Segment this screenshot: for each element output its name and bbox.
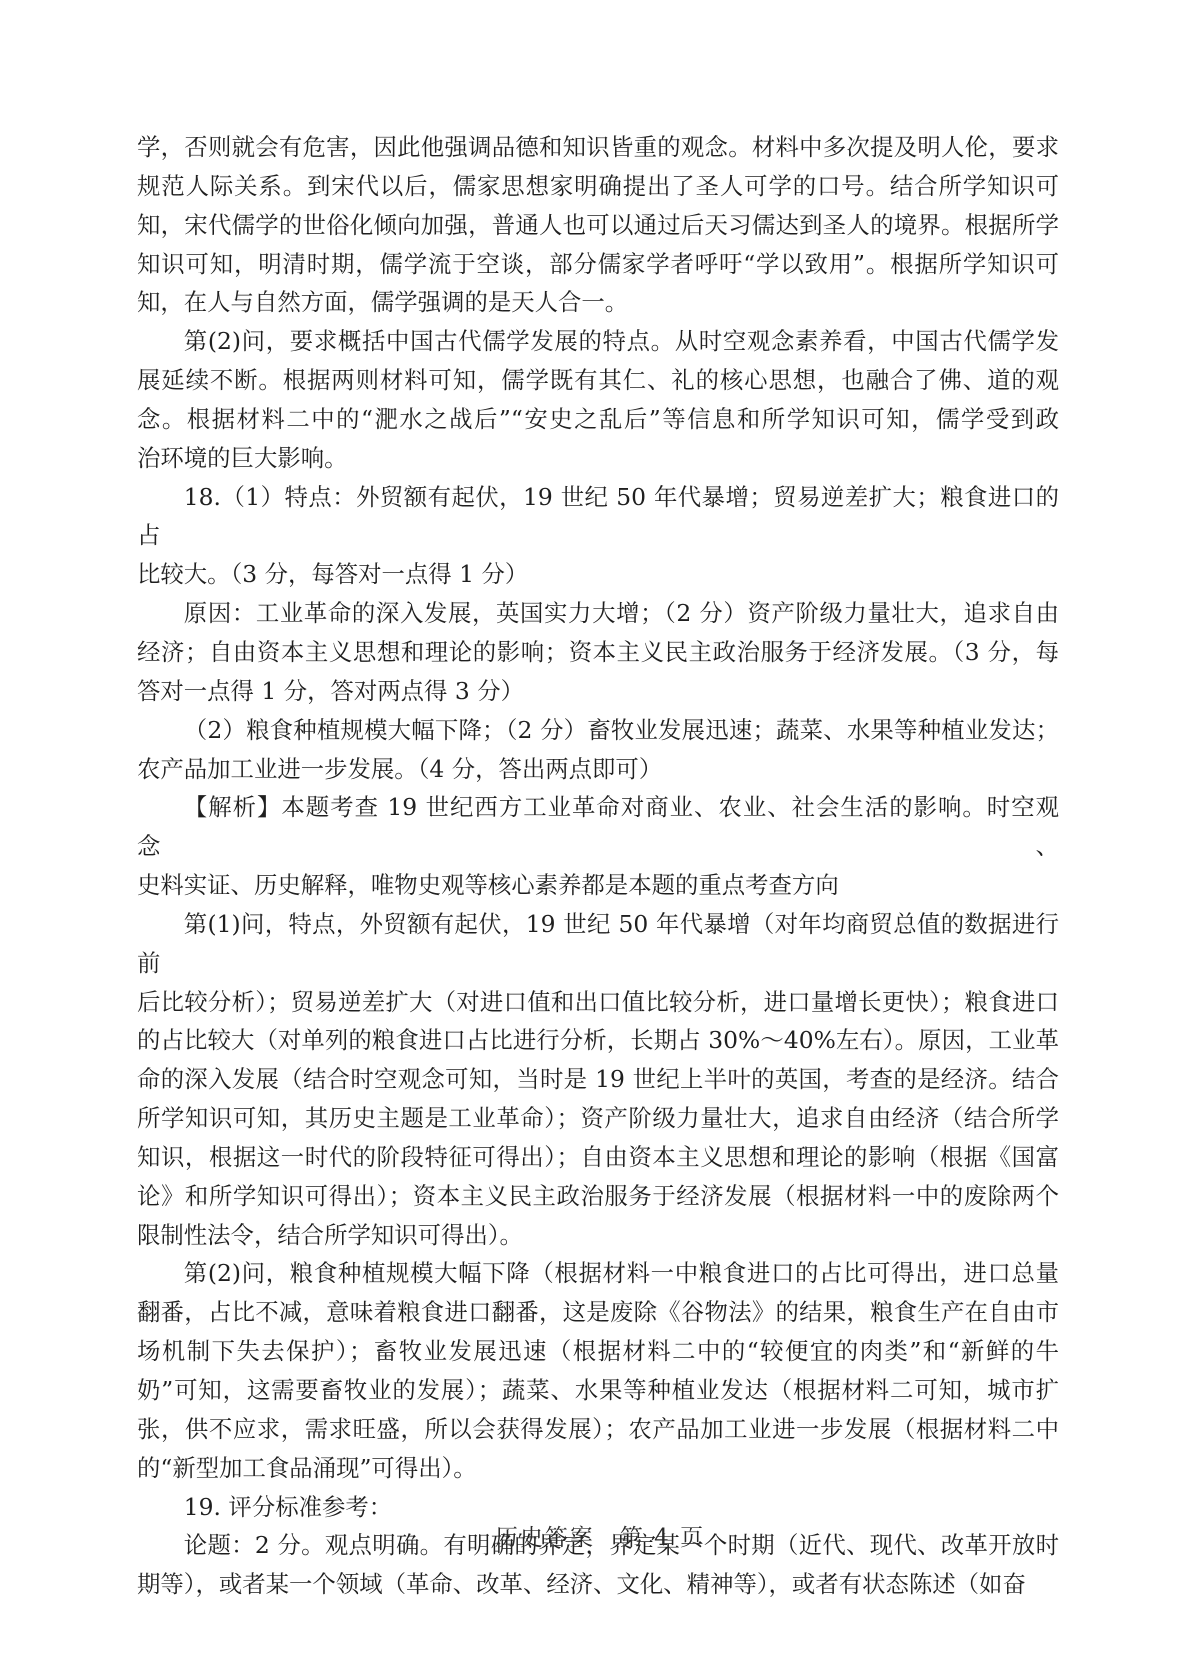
page-footer: 历史答案 第 4 页 [0, 1519, 1200, 1552]
text-line: 第(2)问，粮食种植规模大幅下降（根据材料一中粮食进口的占比可得出，进口总量 [137, 1254, 1059, 1293]
text-line: 原因：工业革命的深入发展，英国实力大增；（2 分）资产阶级力量壮大，追求自由 [137, 594, 1059, 633]
text-line: 答对一点得 1 分，答对两点得 3 分） [137, 672, 1059, 711]
text-line: 经济；自由资本主义思想和理论的影响；资本主义民主政治服务于经济发展。（3 分，每 [137, 633, 1059, 672]
text-line: 知，宋代儒学的世俗化倾向加强，普通人也可以通过后天习儒达到圣人的境界。根据所学 [137, 206, 1059, 245]
text-line: 所学知识可知，其历史主题是工业革命）；资产阶级力量壮大，追求自由经济（结合所学 [137, 1099, 1059, 1138]
paragraph: 第(1)问，特点，外贸额有起伏，19 世纪 50 年代暴增（对年均商贸总值的数据… [137, 905, 1059, 1255]
paragraph: 18.（1）特点：外贸额有起伏，19 世纪 50 年代暴增；贸易逆差扩大；粮食进… [137, 478, 1059, 595]
text-line: 第(1)问，特点，外贸额有起伏，19 世纪 50 年代暴增（对年均商贸总值的数据… [137, 905, 1059, 983]
text-line: （2）粮食种植规模大幅下降；（2 分）畜牧业发展迅速；蔬菜、水果等种植业发达； [137, 711, 1059, 750]
text-line: 学，否则就会有危害，因此他强调品德和知识皆重的观念。材料中多次提及明人伦，要求 [137, 128, 1059, 167]
text-line: 知，在人与自然方面，儒学强调的是天人合一。 [137, 283, 1059, 322]
text-line: 【解析】本题考查 19 世纪西方工业革命对商业、农业、社会生活的影响。时空观念、 [137, 788, 1059, 866]
paragraph: 原因：工业革命的深入发展，英国实力大增；（2 分）资产阶级力量壮大，追求自由经济… [137, 594, 1059, 711]
text-line: 农产品加工业进一步发展。（4 分，答出两点即可） [137, 750, 1059, 789]
text-line: 场机制下失去保护）；畜牧业发展迅速（根据材料二中的“较便宜的肉类”和“新鲜的牛 [137, 1332, 1059, 1371]
paragraph: （2）粮食种植规模大幅下降；（2 分）畜牧业发展迅速；蔬菜、水果等种植业发达；农… [137, 711, 1059, 789]
answer-body: 学，否则就会有危害，因此他强调品德和知识皆重的观念。材料中多次提及明人伦，要求规… [137, 128, 1059, 1604]
text-line: 论》和所学知识可得出）；资本主义民主政治服务于经济发展（根据材料一中的废除两个 [137, 1177, 1059, 1216]
text-line: 规范人际关系。到宋代以后，儒家思想家明确提出了圣人可学的口号。结合所学知识可 [137, 167, 1059, 206]
text-line: 18.（1）特点：外贸额有起伏，19 世纪 50 年代暴增；贸易逆差扩大；粮食进… [137, 478, 1059, 556]
paragraph: 第(2)问，要求概括中国古代儒学发展的特点。从时空观念素养看，中国古代儒学发展延… [137, 322, 1059, 477]
paragraph: 第(2)问，粮食种植规模大幅下降（根据材料一中粮食进口的占比可得出，进口总量翻番… [137, 1254, 1059, 1487]
document-page: 学，否则就会有危害，因此他强调品德和知识皆重的观念。材料中多次提及明人伦，要求规… [0, 0, 1200, 1672]
text-line: 的“新型加工食品涌现”可得出）。 [137, 1449, 1059, 1488]
text-line: 知识可知，明清时期，儒学流于空谈，部分儒家学者呼吁“学以致用”。根据所学知识可 [137, 245, 1059, 284]
text-line: 命的深入发展（结合时空观念可知，当时是 19 世纪上半叶的英国，考查的是经济。结… [137, 1060, 1059, 1099]
text-line: 第(2)问，要求概括中国古代儒学发展的特点。从时空观念素养看，中国古代儒学发 [137, 322, 1059, 361]
paragraph: 【解析】本题考查 19 世纪西方工业革命对商业、农业、社会生活的影响。时空观念、… [137, 788, 1059, 905]
text-line: 翻番，占比不减，意味着粮食进口翻番，这是废除《谷物法》的结果，粮食生产在自由市 [137, 1293, 1059, 1332]
text-line: 念。根据材料二中的“淝水之战后”“安史之乱后”等信息和所学知识可知，儒学受到政 [137, 400, 1059, 439]
text-line: 知识，根据这一时代的阶段特征可得出）；自由资本主义思想和理论的影响（根据《国富 [137, 1138, 1059, 1177]
text-line: 限制性法令，结合所学知识可得出）。 [137, 1216, 1059, 1255]
text-line: 张，供不应求，需求旺盛，所以会获得发展）；农产品加工业进一步发展（根据材料二中 [137, 1410, 1059, 1449]
text-line: 比较大。（3 分，每答对一点得 1 分） [137, 555, 1059, 594]
paragraph: 学，否则就会有危害，因此他强调品德和知识皆重的观念。材料中多次提及明人伦，要求规… [137, 128, 1059, 322]
text-line: 期等），或者某一个领域（革命、改革、经济、文化、精神等），或者有状态陈述（如奋 [137, 1565, 1059, 1604]
text-line: 后比较分析）；贸易逆差扩大（对进口值和出口值比较分析，进口量增长更快）；粮食进口 [137, 983, 1059, 1022]
text-line: 奶”可知，这需要畜牧业的发展）；蔬菜、水果等种植业发达（根据材料二可知，城市扩 [137, 1371, 1059, 1410]
text-line: 治环境的巨大影响。 [137, 439, 1059, 478]
text-line: 展延续不断。根据两则材料可知，儒学既有其仁、礼的核心思想，也融合了佛、道的观 [137, 361, 1059, 400]
text-line: 史料实证、历史解释，唯物史观等核心素养都是本题的重点考查方向 [137, 866, 1059, 905]
text-line: 的占比较大（对单列的粮食进口占比进行分析，长期占 30%～40%左右）。原因，工… [137, 1021, 1059, 1060]
